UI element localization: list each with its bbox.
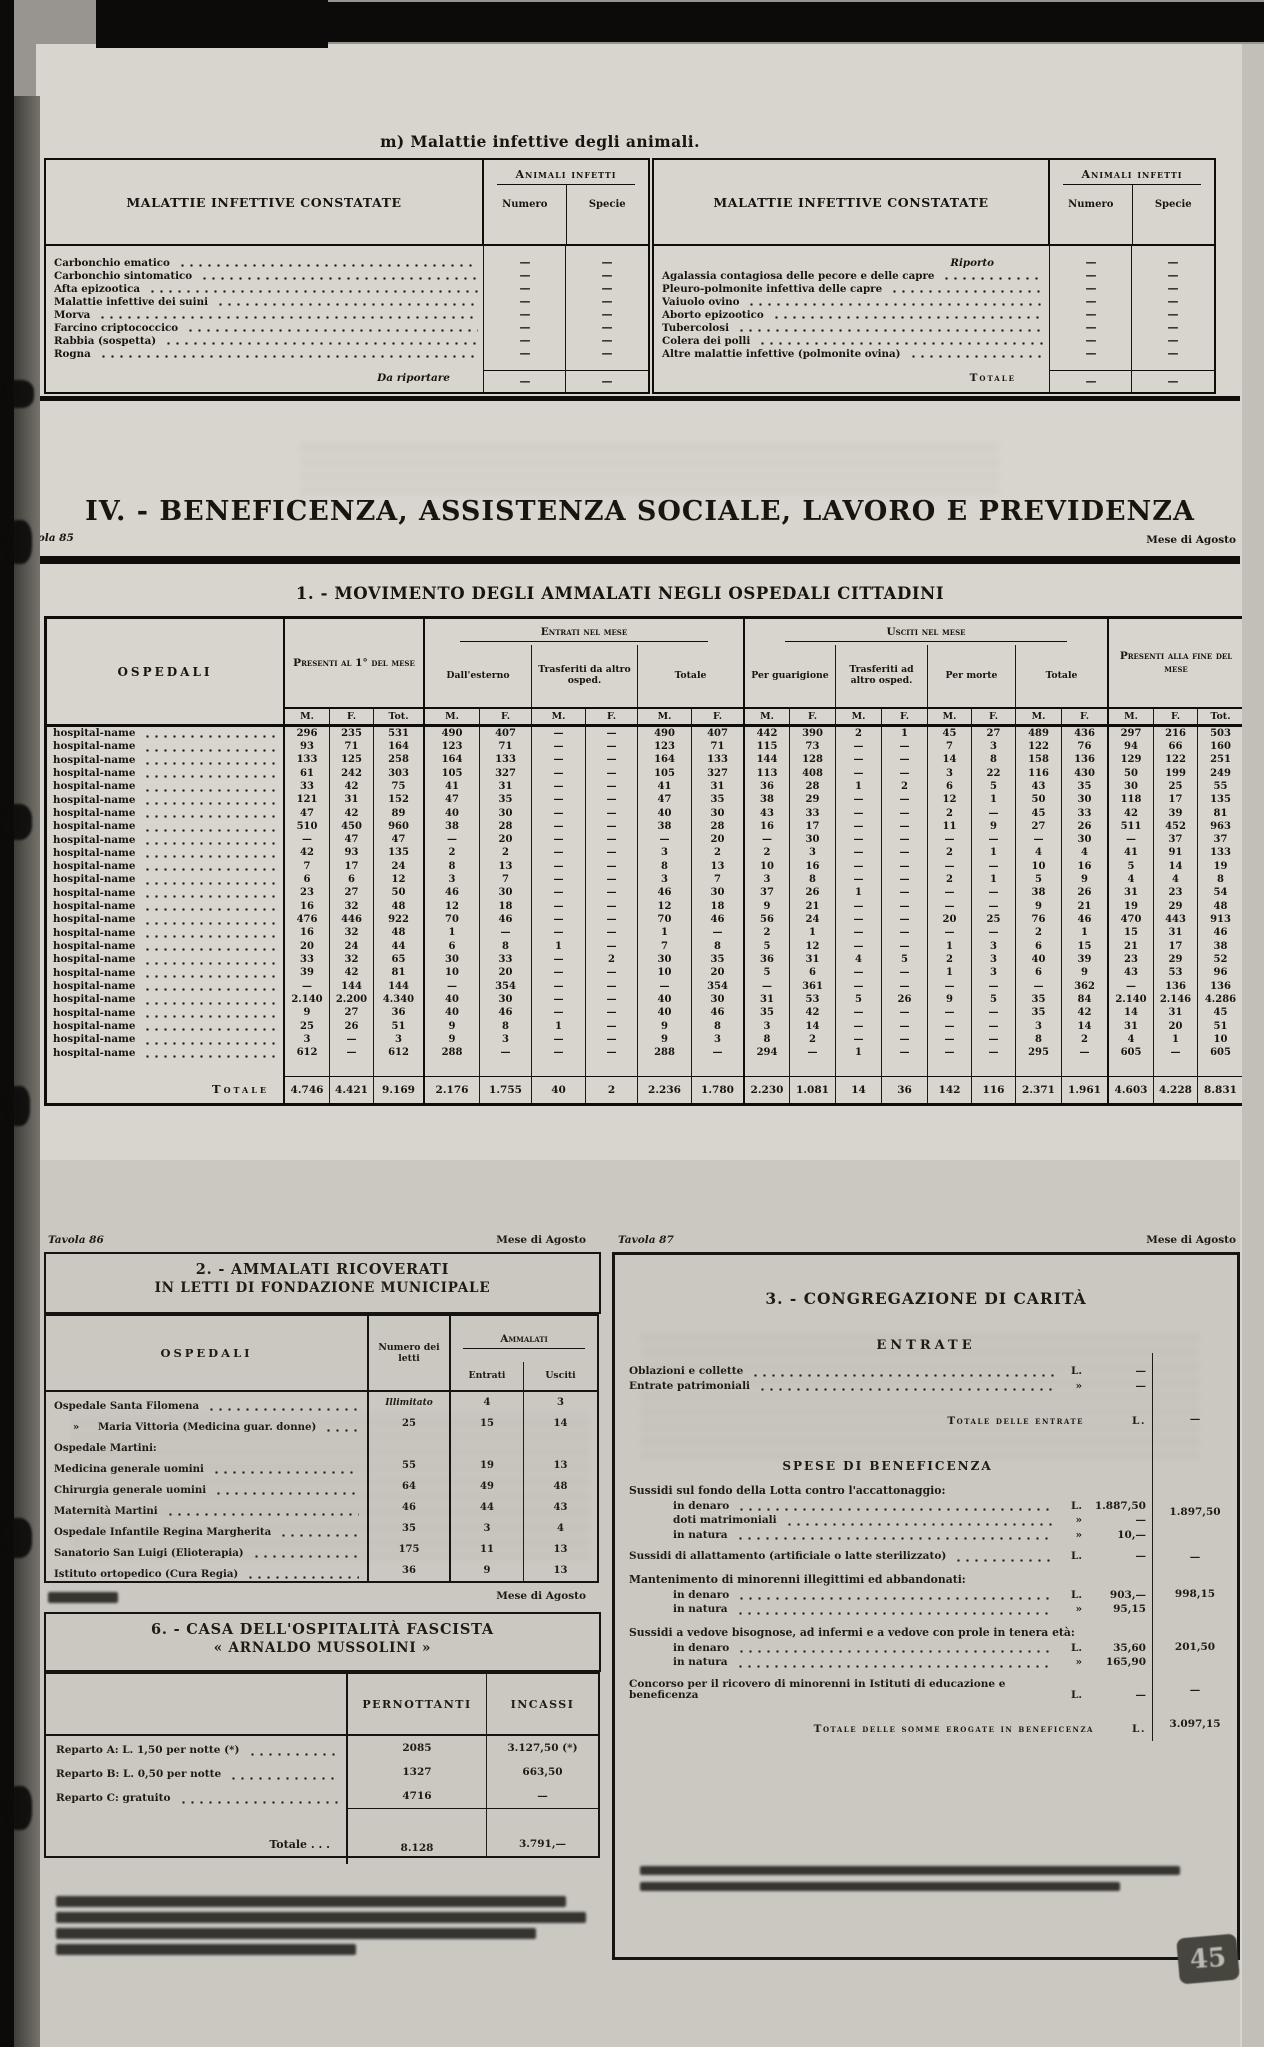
totale-value: 142 (927, 1076, 971, 1103)
leader-dots (736, 1659, 1054, 1668)
hospital-value: — (971, 980, 1015, 993)
leader-dots (143, 809, 275, 818)
congregazione-di-carita-panel: 3. - CONGREGAZIONE DI CARITÀENTRATEOblaz… (612, 1252, 1240, 1960)
hospital-value: 35 (1015, 993, 1061, 1006)
hospital-value: 446 (329, 913, 373, 926)
hospital-value: 27 (971, 727, 1015, 740)
hospital-value: — (329, 1047, 373, 1060)
disease-row: Morva—— (46, 307, 648, 320)
numero-value: — (484, 257, 566, 268)
hospital-value: 242 (329, 767, 373, 780)
hospital-value: 5 (881, 953, 927, 966)
hospital-value: 53 (789, 993, 835, 1006)
scan-top-black-band (96, 0, 328, 48)
ospedali-column-header: OSPEDALI (46, 1316, 367, 1392)
amount-line-label: doti matrimoniali (673, 1515, 777, 1527)
hospital-value: 1 (835, 1047, 881, 1060)
animal-diseases-section-title: m) Malattie infettive degli animali. (280, 132, 800, 151)
row-label: Agalassia contagiosa delle pecore e dell… (654, 271, 1050, 281)
row-label: Farcino criptococcico (46, 323, 484, 333)
hospital-value: 28 (479, 820, 531, 833)
numero-value: — (1050, 348, 1132, 359)
hospital-value: 36 (743, 953, 789, 966)
hospital-value: 30 (789, 834, 835, 847)
animal-table-body: Riporto——Agalassia contagiosa delle peco… (654, 246, 1214, 359)
hospital-value: — (585, 940, 637, 953)
hospital-value: — (531, 727, 585, 740)
incassi-header: INCASSI (486, 1674, 598, 1736)
spacer-cell (927, 1060, 971, 1076)
hospital-value: 76 (1015, 913, 1061, 926)
hospital-value: 10 (1197, 1033, 1243, 1046)
hospital-value: 115 (743, 740, 789, 753)
hospital-value: 251 (1197, 754, 1243, 767)
row-label-text: Agalassia contagiosa delle pecore e dell… (662, 271, 934, 281)
amount-value: — (1082, 1381, 1146, 1393)
casa-title-line2: « ARNALDO MUSSOLINI » (46, 1640, 599, 1656)
fondazione-hospital-name: Istituto ortopedico (Cura Regia) (46, 1560, 367, 1581)
row-label: hospital-name (47, 953, 283, 966)
illegible-text-smudge (56, 1896, 566, 1907)
hospital-value: 37 (1197, 834, 1243, 847)
hospital-value: 38 (1197, 940, 1243, 953)
hospital-value: 30 (691, 993, 743, 1006)
amount-line-label: in natura (673, 1657, 728, 1669)
numero-value: — (1050, 257, 1132, 268)
spacer-cell (373, 1060, 423, 1076)
hospital-value: 105 (423, 767, 479, 780)
hospital-value: — (531, 807, 585, 820)
hospital-value: — (927, 1020, 971, 1033)
line-group: Mantenimento di minorenni illegittimi ed… (615, 1568, 1237, 1621)
fondazione-hospital-name-text: Istituto ortopedico (Cura Regia) (54, 1569, 238, 1580)
hospital-value: — (585, 834, 637, 847)
usciti-header: Usciti (523, 1362, 597, 1392)
diseases-column-header: MALATTIE INFETTIVE CONSTATATE (46, 160, 482, 244)
footer-numero-value: — (1050, 370, 1132, 387)
spacer-cell (46, 1808, 346, 1832)
hospital-value: 24 (789, 913, 835, 926)
amount-value: — (1082, 1515, 1146, 1527)
hospital-value: 354 (691, 980, 743, 993)
leader-dots (212, 1465, 359, 1474)
leader-dots (179, 1795, 339, 1804)
hospital-value: 23 (1107, 953, 1153, 966)
hospital-value: — (881, 913, 927, 926)
hospital-value: 19 (1107, 900, 1153, 913)
leader-dots (737, 323, 1044, 332)
line-group: Sussidi di allattamento (artificiale o l… (615, 1546, 1237, 1568)
hospital-value: 8 (691, 1020, 743, 1033)
specie-value: — (566, 270, 648, 281)
hospital-value: 408 (789, 767, 835, 780)
hospital-value: 31 (743, 993, 789, 1006)
hospital-value: 10 (743, 860, 789, 873)
usciti-value: 48 (523, 1476, 597, 1497)
leader-dots (954, 1553, 1054, 1562)
hospital-value: — (1015, 834, 1061, 847)
row-label-text: Morva (54, 310, 90, 320)
page-number-text: 45 (1189, 1942, 1228, 1975)
leader-dots (148, 284, 478, 293)
sex-subcolumn-header: M. (835, 707, 881, 727)
row-label-text: hospital-name (53, 755, 135, 766)
row-label: hospital-name (47, 794, 283, 807)
hospital-value: — (585, 1047, 637, 1060)
hospital-value: — (835, 967, 881, 980)
hospital-value: 94 (1107, 740, 1153, 753)
animal-diseases-table-right: MALATTIE INFETTIVE CONSTATATEAnimali inf… (652, 158, 1216, 394)
row-label-text: hospital-name (53, 768, 135, 779)
block-intro: Sussidi sul fondo della Lotta contro l'a… (629, 1485, 1146, 1498)
hospital-value: 81 (1197, 807, 1243, 820)
hospital-value: 36 (373, 1007, 423, 1020)
hospital-value: 216 (1153, 727, 1197, 740)
hospital-value: 9 (637, 1033, 691, 1046)
hospital-value: 510 (283, 820, 329, 833)
hospital-value: 128 (789, 754, 835, 767)
leader-dots (143, 1009, 275, 1018)
hospital-value: 55 (1197, 780, 1243, 793)
usciti-nel-mese-header: Usciti nel mese (743, 619, 1107, 645)
hospital-value: — (585, 727, 637, 740)
hospital-value: 3 (423, 873, 479, 886)
hospital-value: 123 (637, 740, 691, 753)
hospital-value: 14 (1107, 1007, 1153, 1020)
animal-table-header: MALATTIE INFETTIVE CONSTATATEAnimali inf… (654, 160, 1214, 246)
hospital-value: — (531, 740, 585, 753)
hospital-value: 20 (1153, 1020, 1197, 1033)
row-label-text: Vaiuolo ovino (662, 297, 739, 307)
hospital-value: 235 (329, 727, 373, 740)
leader-dots (751, 1368, 1054, 1377)
hospital-value: 33 (789, 807, 835, 820)
hospital-value: 18 (479, 900, 531, 913)
binder-mark (2, 804, 32, 840)
line-group: Concorso per il ricovero di minorenni in… (615, 1674, 1237, 1707)
numero-letti-value: 25 (367, 1413, 449, 1434)
row-label-text: Colera dei polli (662, 336, 750, 346)
hospital-value: — (531, 913, 585, 926)
totale-value: 4.603 (1107, 1076, 1153, 1103)
hospital-value: 9 (927, 993, 971, 1006)
hospital-value: — (927, 1047, 971, 1060)
hospital-value: — (927, 1033, 971, 1046)
hospital-value: 327 (479, 767, 531, 780)
leader-dots (143, 969, 275, 978)
leader-dots (143, 823, 275, 832)
tavola-87-label: Tavola 87 (618, 1234, 674, 1246)
hospital-value: 1 (789, 927, 835, 940)
spacer-cell (789, 1060, 835, 1076)
row-label-text: Carbonchio sintomatico (54, 271, 192, 281)
block-intro: Sussidi a vedove bisognose, ad infermi e… (629, 1627, 1146, 1640)
leader-dots (164, 336, 478, 345)
hospital-value: 164 (637, 754, 691, 767)
hospital-value: 135 (1197, 794, 1243, 807)
hospital-value: 288 (637, 1047, 691, 1060)
hospital-value: 6 (283, 873, 329, 886)
hospital-value: — (927, 1007, 971, 1020)
leader-dots (143, 836, 275, 845)
hospital-value: 303 (373, 767, 423, 780)
row-label: hospital-name (47, 1007, 283, 1020)
row-label-text: Farcino criptococcico (54, 323, 178, 333)
disease-row: Altre malattie infettive (polmonite ovin… (654, 346, 1214, 359)
hospital-value: 14 (927, 754, 971, 767)
disease-row: Agalassia contagiosa delle pecore e dell… (654, 268, 1214, 281)
row-label-text: hospital-name (53, 1048, 135, 1059)
row-label: Pleuro-polmonite infettiva delle capre (654, 284, 1050, 294)
numero-value: — (484, 309, 566, 320)
hospital-value: 2 (927, 807, 971, 820)
hospital-value: — (835, 1033, 881, 1046)
hospital-value: — (423, 980, 479, 993)
totale-value: 4.421 (329, 1076, 373, 1103)
hospital-value: 3 (637, 847, 691, 860)
numero-specie-row: NumeroSpecie (1050, 185, 1214, 244)
entrati-value: 11 (449, 1539, 523, 1560)
hospital-value: — (881, 967, 927, 980)
hospital-value: 913 (1197, 913, 1243, 926)
hospital-value: 41 (423, 780, 479, 793)
hospital-value: 93 (329, 847, 373, 860)
hospital-value: — (971, 1033, 1015, 1046)
leader-dots (143, 796, 275, 805)
hospital-value: 122 (1015, 740, 1061, 753)
hospital-value: 47 (373, 834, 423, 847)
hospital-value: 2 (743, 927, 789, 940)
hospital-value: 40 (423, 1007, 479, 1020)
entrati-value: 9 (449, 1560, 523, 1581)
hospital-value: 36 (743, 780, 789, 793)
hospital-value: — (585, 1033, 637, 1046)
hospital-value: 51 (1197, 1020, 1243, 1033)
totale-value: 4.746 (283, 1076, 329, 1103)
line-group: Totale delle entrateL.— (615, 1397, 1237, 1441)
leader-dots (758, 1382, 1054, 1391)
hospital-value: — (531, 873, 585, 886)
fondazione-hospital-name-text: Medicina generale uomini (54, 1464, 204, 1475)
amount-value: 165,90 (1082, 1657, 1146, 1669)
hospital-value: — (971, 900, 1015, 913)
hospital-value: 2.140 (1107, 993, 1153, 1006)
hospital-value: — (531, 1047, 585, 1060)
spacer-cell (423, 1060, 479, 1076)
row-label-text: hospital-name (53, 901, 135, 912)
spacer-cell (47, 1060, 283, 1076)
numero-letti-value: 55 (367, 1455, 449, 1476)
hospital-value: 40 (423, 807, 479, 820)
sex-subcolumn-header: F. (585, 707, 637, 727)
hospital-value: 9 (423, 1033, 479, 1046)
pernottanti-value: 2085 (346, 1736, 486, 1760)
hospital-value: 9 (1015, 900, 1061, 913)
hospital-value: — (283, 980, 329, 993)
hospital-value: 38 (743, 794, 789, 807)
numero-value: — (484, 283, 566, 294)
hospital-value: — (585, 993, 637, 1006)
hospital-value: 26 (881, 993, 927, 1006)
hospital-value: — (835, 834, 881, 847)
hospital-value: 23 (1153, 887, 1197, 900)
hospital-value: 31 (789, 953, 835, 966)
hospital-value: 1 (971, 847, 1015, 860)
hospital-value: 4 (1107, 1033, 1153, 1046)
hospital-value: 2.200 (329, 993, 373, 1006)
hospital-value: 442 (743, 727, 789, 740)
column-rule (1049, 244, 1050, 392)
hospital-value: 71 (691, 740, 743, 753)
hospital-value: 2 (835, 727, 881, 740)
dall-esterno-header: Dall'esterno (423, 645, 531, 707)
hospital-value: 9 (423, 1020, 479, 1033)
leader-dots (143, 956, 275, 965)
usciti-value: 13 (523, 1539, 597, 1560)
hospital-value: 43 (1107, 967, 1153, 980)
hospital-value: 7 (283, 860, 329, 873)
animal-table-header: MALATTIE INFETTIVE CONSTATATEAnimali inf… (46, 160, 648, 246)
hospital-value: — (1153, 1047, 1197, 1060)
row-label: hospital-name (47, 740, 283, 753)
hospital-value: 6 (927, 780, 971, 793)
amount-line: in natura»165,90 (629, 1657, 1146, 1669)
per-morte-header: Per morte (927, 645, 1015, 707)
row-label-text: Altre malattie infettive (polmonite ovin… (662, 349, 901, 359)
hospital-value: 30 (1107, 780, 1153, 793)
hospital-value: 20 (691, 834, 743, 847)
hospital-value: — (585, 780, 637, 793)
header-rule (463, 1348, 586, 1349)
hospital-value: 296 (283, 727, 329, 740)
entrati-header: Entrati (449, 1362, 523, 1392)
leader-dots (143, 929, 275, 938)
totale-value: 9.169 (373, 1076, 423, 1103)
usciti-value: 13 (523, 1560, 597, 1581)
hospital-value: 2 (691, 847, 743, 860)
leader-dots (143, 783, 275, 792)
hospital-value: 354 (479, 980, 531, 993)
hospital-value: 41 (637, 780, 691, 793)
hospital-value: — (881, 820, 927, 833)
hospital-value: 2 (881, 780, 927, 793)
totale-value: 8.831 (1197, 1076, 1243, 1103)
block-total-amount: — (1152, 1546, 1237, 1568)
leader-dots (252, 1549, 359, 1558)
hospital-value: — (971, 807, 1015, 820)
casa-ospitalita-table: PERNOTTANTIINCASSIReparto A: L. 1,50 per… (44, 1672, 600, 1858)
specie-value: — (1132, 322, 1214, 333)
numero-value: — (484, 348, 566, 359)
hospital-value: 29 (1153, 900, 1197, 913)
fondazione-hospital-name: Ospedale Infantile Regina Margherita (46, 1518, 367, 1539)
row-label-text: hospital-name (53, 981, 135, 992)
entrati-nel-mese-header: Entrati nel mese (423, 619, 743, 645)
casa-totale-incassi: 3.791,— (486, 1832, 598, 1856)
sex-subcolumn-header: Tot. (373, 707, 423, 727)
row-label-text: hospital-name (53, 994, 135, 1005)
amount-line: doti matrimoniali»— (629, 1515, 1146, 1527)
leader-dots (737, 1591, 1054, 1600)
hospital-value: 40 (637, 807, 691, 820)
hospital-value: — (531, 1033, 585, 1046)
hospital-value: 490 (423, 727, 479, 740)
hospital-value: 9 (283, 1007, 329, 1020)
footer-specie-value: — (566, 370, 648, 387)
hospital-value: 37 (1153, 834, 1197, 847)
currency-mark: » (1060, 1657, 1082, 1669)
hospital-value: 511 (1107, 820, 1153, 833)
leader-dots (772, 310, 1044, 319)
hospital-value: — (789, 1047, 835, 1060)
numero-value: — (1050, 296, 1132, 307)
hospital-value: — (585, 754, 637, 767)
spese-heading: SPESE DI BENEFICENZA (629, 1459, 1146, 1473)
totale-value: 14 (835, 1076, 881, 1103)
hospital-value: 258 (373, 754, 423, 767)
line-group: SPESE DI BENEFICENZA (615, 1441, 1237, 1479)
hospital-value: 12 (637, 900, 691, 913)
hospital-value: 54 (1197, 887, 1243, 900)
hospital-value: 4 (1015, 847, 1061, 860)
specie-col-header: Specie (566, 185, 649, 244)
line-group-left: Oblazioni e colletteL.—Entrate patrimoni… (615, 1353, 1152, 1397)
hospital-value: 295 (1015, 1047, 1061, 1060)
hospital-value: 23 (283, 887, 329, 900)
hospital-value: 48 (373, 927, 423, 940)
spacer-cell (1061, 1060, 1107, 1076)
hospital-value: 2 (927, 847, 971, 860)
hospital-value: — (881, 740, 927, 753)
block-total-amount: — (1152, 1674, 1237, 1707)
currency-mark: L. (1060, 1366, 1082, 1378)
hospital-value: — (835, 754, 881, 767)
hospital-value: 38 (423, 820, 479, 833)
hospital-value: 490 (637, 727, 691, 740)
hospital-value: 144 (329, 980, 373, 993)
hospital-value: 42 (1061, 1007, 1107, 1020)
animal-table-footer: Totale—— (654, 363, 1214, 393)
hospital-value: 42 (789, 1007, 835, 1020)
spacer-cell (971, 1060, 1015, 1076)
leader-dots (143, 756, 275, 765)
amount-line: Sussidi di allattamento (artificiale o l… (629, 1551, 1146, 1563)
hospital-value: 65 (373, 953, 423, 966)
hospital-value: 20 (479, 967, 531, 980)
sex-subcolumn-header: M. (743, 707, 789, 727)
hospital-value: 61 (283, 767, 329, 780)
hospital-value: 1 (835, 887, 881, 900)
hospital-value: 2.146 (1153, 993, 1197, 1006)
numero-letti-value: Illimitato (367, 1392, 449, 1413)
hospital-value: 32 (329, 927, 373, 940)
amount-value: 903,— (1082, 1590, 1146, 1602)
amount-line-label: Concorso per il ricovero di minorenni in… (629, 1679, 1046, 1702)
hospital-value: 51 (373, 1020, 423, 1033)
row-label: hospital-name (47, 820, 283, 833)
trasferiti-da-header: Trasferiti da altro osped. (531, 645, 637, 707)
spacer-cell (585, 1060, 637, 1076)
hospital-value: 135 (373, 847, 423, 860)
hospital-value: 5 (743, 940, 789, 953)
hospital-value: 33 (479, 953, 531, 966)
hospital-value: 32 (329, 953, 373, 966)
hospital-value: 2 (743, 847, 789, 860)
hospital-value: — (881, 940, 927, 953)
row-label-text: hospital-name (53, 1008, 135, 1019)
leader-dots (143, 862, 275, 871)
hospital-value: 6 (1015, 967, 1061, 980)
